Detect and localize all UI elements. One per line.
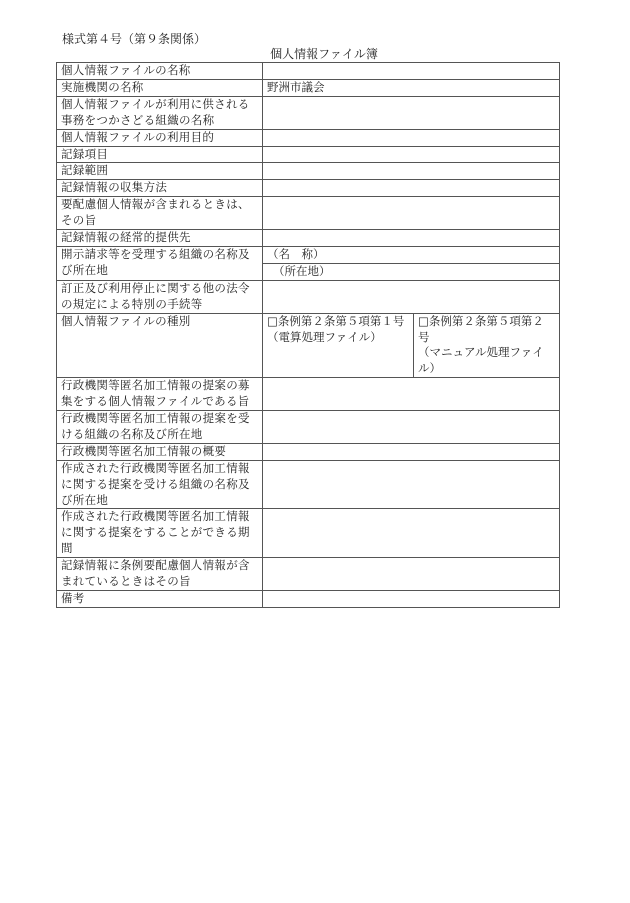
table-row: 備考	[57, 591, 560, 608]
table-row: 記録情報に条例要配慮個人情報が含まれているときはその旨	[57, 558, 560, 591]
row-label: 作成された行政機関等匿名加工情報に関する提案を受ける組織の名称及び所在地	[57, 460, 263, 509]
row-value[interactable]	[263, 146, 560, 163]
file-type-option-electronic[interactable]: □条例第２条第５項第１号 （電算処理ファイル）	[263, 314, 414, 378]
receiving-org-cell: （名 称） （所在地）	[263, 246, 560, 280]
table-row: 作成された行政機関等匿名加工情報に関する提案をすることができる期間	[57, 509, 560, 558]
table-row: 行政機関等匿名加工情報の概要	[57, 443, 560, 460]
row-value[interactable]	[263, 411, 560, 444]
personal-info-file-register-table: 個人情報ファイルの名称 実施機関の名称 野洲市議会 個人情報ファイルが利用に供さ…	[56, 62, 560, 608]
org-address-field[interactable]: （所在地）	[267, 264, 555, 280]
row-value[interactable]	[263, 63, 560, 80]
table-row: 行政機関等匿名加工情報の提案の募集をする個人情報ファイルである旨	[57, 378, 560, 411]
file-type-cell: □条例第２条第５項第１号 （電算処理ファイル） □条例第２条第５項第２号 （マニ…	[263, 313, 560, 378]
table-row: 要配慮個人情報が含まれるときは、その旨	[57, 197, 560, 230]
table-row: 作成された行政機関等匿名加工情報に関する提案を受ける組織の名称及び所在地	[57, 460, 560, 509]
row-label: 訂正及び利用停止に関する他の法令の規定による特別の手続等	[57, 280, 263, 313]
row-label: 作成された行政機関等匿名加工情報に関する提案をすることができる期間	[57, 509, 263, 558]
table-row: 記録範囲	[57, 163, 560, 180]
row-value[interactable]	[263, 509, 560, 558]
option-manual-desc: （マニュアル処理ファイル）	[418, 345, 555, 377]
row-label: 実施機関の名称	[57, 79, 263, 96]
option-manual-label[interactable]: □条例第２条第５項第２号	[418, 314, 555, 346]
row-label: 記録範囲	[57, 163, 263, 180]
row-value[interactable]	[263, 280, 560, 313]
row-value[interactable]	[263, 96, 560, 129]
row-value[interactable]	[263, 197, 560, 230]
table-row: 記録情報の経常的提供先	[57, 230, 560, 247]
table-row: 訂正及び利用停止に関する他の法令の規定による特別の手続等	[57, 280, 560, 313]
row-value[interactable]: 野洲市議会	[263, 79, 560, 96]
row-label: 記録情報に条例要配慮個人情報が含まれているときはその旨	[57, 558, 263, 591]
row-value[interactable]	[263, 460, 560, 509]
row-label: 記録情報の経常的提供先	[57, 230, 263, 247]
option-electronic-desc: （電算処理ファイル）	[267, 330, 409, 346]
row-label: 行政機関等匿名加工情報の提案を受ける組織の名称及び所在地	[57, 411, 263, 444]
row-value[interactable]	[263, 443, 560, 460]
document-title: 個人情報ファイル簿	[0, 46, 630, 62]
row-value[interactable]	[263, 591, 560, 608]
row-value[interactable]	[263, 230, 560, 247]
table-row: 個人情報ファイルの種別 □条例第２条第５項第１号 （電算処理ファイル） □条例第…	[57, 313, 560, 378]
table-row: 記録項目	[57, 146, 560, 163]
row-label: 要配慮個人情報が含まれるときは、その旨	[57, 197, 263, 230]
row-value[interactable]	[263, 558, 560, 591]
row-label: 記録情報の収集方法	[57, 180, 263, 197]
row-label: 記録項目	[57, 146, 263, 163]
row-label: 備考	[57, 591, 263, 608]
row-value[interactable]	[263, 378, 560, 411]
table-row: 実施機関の名称 野洲市議会	[57, 79, 560, 96]
table-row: 個人情報ファイルの名称	[57, 63, 560, 80]
table-row: 個人情報ファイルの利用目的	[57, 129, 560, 146]
row-value[interactable]	[263, 180, 560, 197]
table-row: 記録情報の収集方法	[57, 180, 560, 197]
row-label: 行政機関等匿名加工情報の概要	[57, 443, 263, 460]
row-label: 開示請求等を受理する組織の名称及び所在地	[57, 246, 263, 280]
row-label: 個人情報ファイルが利用に供される事務をつかさどる組織の名称	[57, 96, 263, 129]
row-label: 個人情報ファイルの利用目的	[57, 129, 263, 146]
row-label: 個人情報ファイルの種別	[57, 313, 263, 378]
row-value[interactable]	[263, 163, 560, 180]
row-label: 個人情報ファイルの名称	[57, 63, 263, 80]
file-type-option-manual[interactable]: □条例第２条第５項第２号 （マニュアル処理ファイル）	[414, 314, 559, 378]
row-value[interactable]	[263, 129, 560, 146]
table-row: 開示請求等を受理する組織の名称及び所在地 （名 称） （所在地）	[57, 246, 560, 280]
row-label: 行政機関等匿名加工情報の提案の募集をする個人情報ファイルである旨	[57, 378, 263, 411]
table-row: 個人情報ファイルが利用に供される事務をつかさどる組織の名称	[57, 96, 560, 129]
form-number: 様式第４号（第９条関係）	[62, 31, 206, 47]
option-electronic-label[interactable]: □条例第２条第５項第１号	[267, 314, 409, 330]
table-row: 行政機関等匿名加工情報の提案を受ける組織の名称及び所在地	[57, 411, 560, 444]
org-name-field[interactable]: （名 称）	[263, 247, 559, 264]
